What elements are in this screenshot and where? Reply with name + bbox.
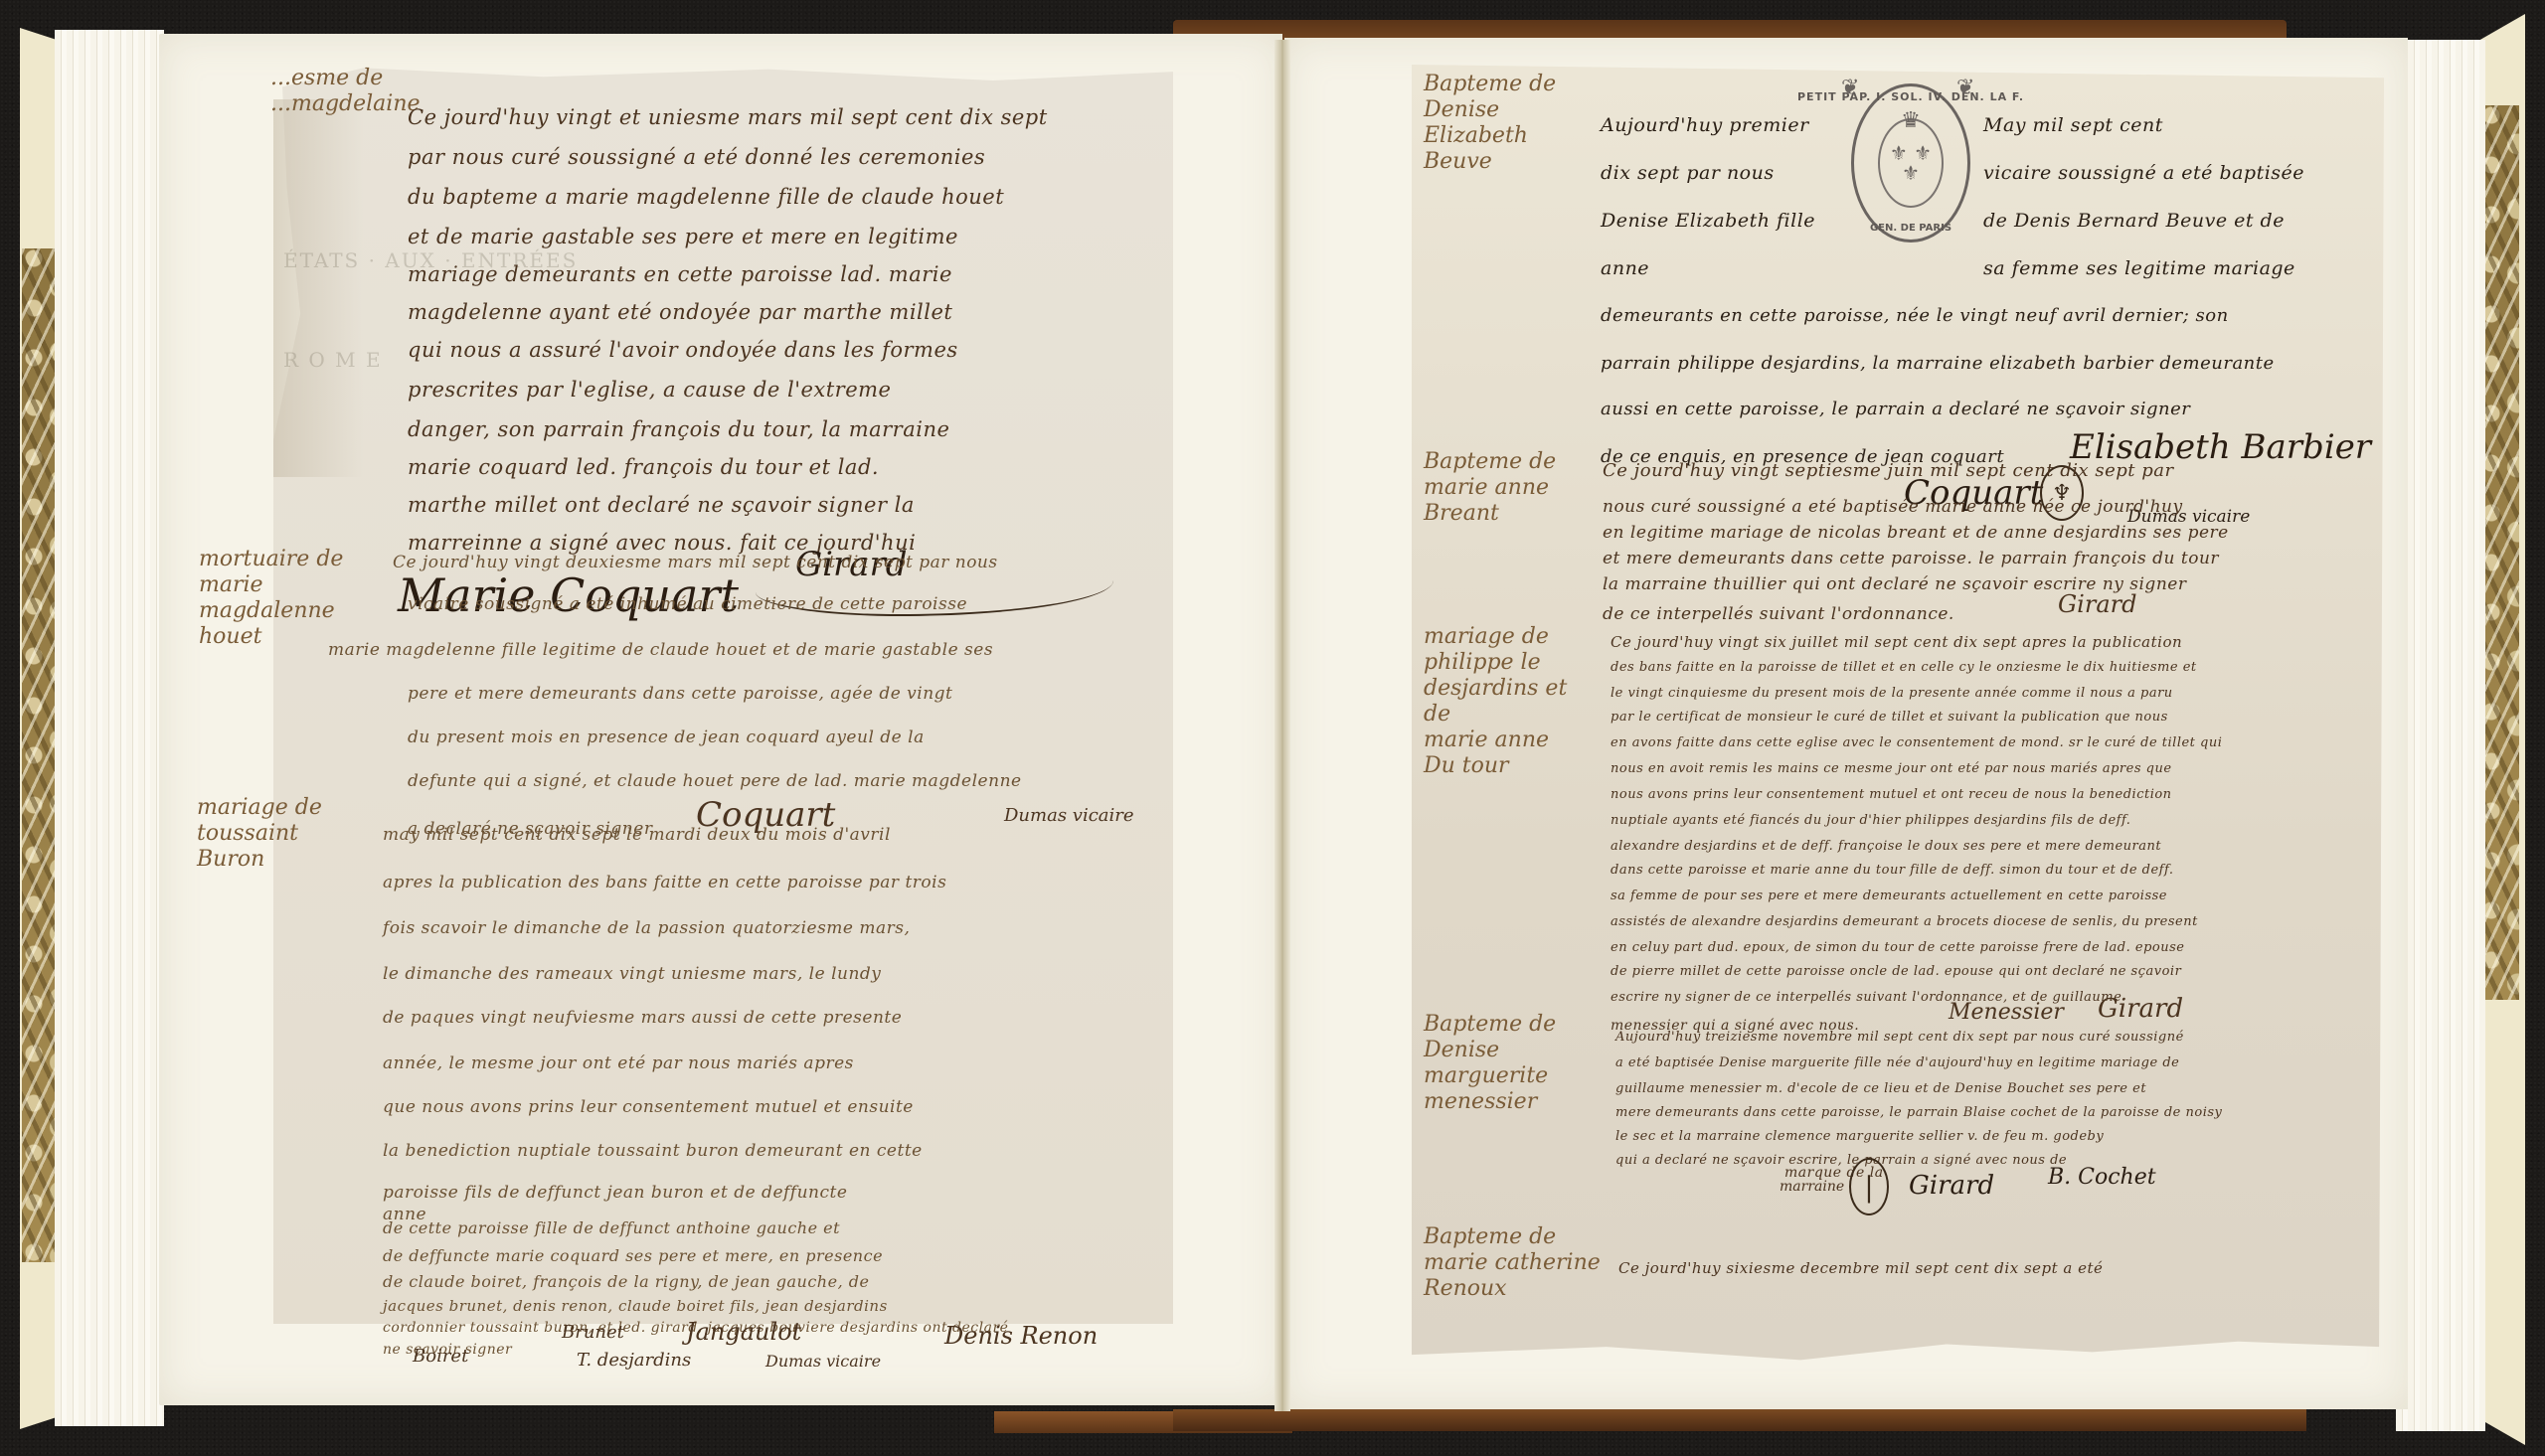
signature-menessier: Menessier [1949, 1000, 2064, 1025]
entry-r1-line: dix sept par nous [1601, 159, 1775, 187]
entry-r3-line: par le certificat de monsieur le curé de… [1611, 704, 2168, 731]
signature-boiret: Boiret [413, 1346, 468, 1367]
ornament-icon: ❦ [1956, 76, 1974, 100]
entry-r4-line: Aujourd'huy treiziesme novembre mil sept… [1615, 1024, 2184, 1052]
signature-b-cochet: B. Cochet [2048, 1165, 2156, 1190]
page-edges-right [2396, 40, 2485, 1431]
marraine-mark-icon: | [1849, 1158, 1889, 1215]
entry-r2-line: en legitime mariage de nicolas breant et… [1603, 519, 2229, 547]
signature-girard: Girard [2058, 590, 2136, 618]
signature-dumas-vicaire: Dumas vicaire [1004, 805, 1134, 826]
entry-3-line: de cette paroisse fille de deffunct anth… [383, 1214, 840, 1242]
margin-note-entry-r2: Bapteme de marie anne Breant [1424, 449, 1573, 527]
entry-1-line: danger, son parrain françois du tour, la… [408, 415, 949, 443]
entry-1-line: du bapteme a marie magdelenne fille de c… [408, 183, 1004, 211]
open-register-book: ÉTATS · AUX · ENTRÉES R O M E ...esme de… [0, 0, 2545, 1456]
entry-3-line: fois scavoir le dimanche de la passion q… [383, 914, 910, 942]
entry-2-line: du present mois en presence de jean coqu… [408, 724, 925, 751]
entry-r2-line: Ce jourd'huy vingt septiesme juin mil se… [1603, 457, 2174, 485]
margin-note-entry-r3: mariage de philippe le desjardins et de … [1424, 624, 1573, 779]
signature-t-desjardins: T. desjardins [577, 1350, 691, 1371]
entry-r1-line: sa femme ses legitime mariage [1983, 254, 2295, 282]
entry-r1-line: de Denis Bernard Beuve et de [1983, 207, 2285, 235]
entry-2-line: marie magdelenne fille legitime de claud… [328, 636, 993, 664]
entry-3-line: may mil sept cent dix sept le mardi deux… [383, 821, 891, 849]
entry-2-line: Ce jourd'huy vingt deuxiesme mars mil se… [393, 549, 998, 576]
entry-1-line: qui nous a assuré l'avoir ondoyée dans l… [408, 336, 958, 364]
margin-note-entry-3: mariage de toussaint Buron [197, 795, 396, 873]
signature-brunet: Brunet [562, 1322, 624, 1343]
entry-r3-line: Ce jourd'huy vingt six juillet mil sept … [1611, 628, 2182, 656]
entry-3-line: de paques vingt neufviesme mars aussi de… [383, 1004, 902, 1032]
entry-r2-line: de ce interpellés suivant l'ordonnance. [1603, 600, 1954, 628]
marbled-endpaper-right [2479, 105, 2519, 1000]
manuscript-worn-edge [273, 99, 363, 477]
entry-r1-line: vicaire soussigné a eté baptisée [1983, 159, 2304, 187]
ornament-icon: ❦ [1841, 76, 1859, 100]
margin-note-entry-2: mortuaire de marie magdalenne houet [199, 547, 378, 650]
entry-r3-line: nuptiale ayants eté fiancés du jour d'hi… [1611, 807, 2130, 835]
entry-r1-line: aussi en cette paroisse, le parrain a de… [1601, 396, 2190, 423]
entry-r1-line: Denise Elizabeth fille [1601, 207, 1815, 235]
entry-1-line: prescrites par l'eglise, a cause de l'ex… [408, 376, 891, 404]
signature-jangaulot: Jangaulot [686, 1318, 801, 1346]
signature-girard: Girard [1909, 1171, 1994, 1201]
entry-3-line: apres la publication des bans faitte en … [383, 869, 946, 896]
entry-r3-line: nous en avoit remis les mains ce mesme j… [1611, 755, 2172, 783]
entry-2-line: defunte qui a signé, et claude houet per… [408, 767, 1022, 795]
entry-3-line: de deffuncte marie coquard ses pere et m… [383, 1242, 883, 1270]
tax-stamp-seal: PETIT PAP. I. SOL. IV. DEN. LA F. ♛ ⚜ ⚜ … [1851, 83, 1970, 243]
seal-inscription-bottom: GEN. DE PARIS [1870, 223, 1951, 234]
margin-note-entry-1: ...esme de ...magdelaine [270, 66, 420, 117]
entry-1-line: mariage demeurants en cette paroisse lad… [408, 260, 952, 288]
entry-r5-line: Ce jourd'huy sixiesme decembre mil sept … [1618, 1254, 2103, 1282]
entry-3-line: année, le mesme jour ont eté par nous ma… [383, 1050, 854, 1077]
entry-3-line: le dimanche des rameaux vingt uniesme ma… [383, 960, 881, 988]
entry-1-line: magdelenne ayant eté ondoyée par marthe … [408, 298, 952, 326]
entry-r3-line: dans cette paroisse et marie anne du tou… [1611, 857, 2173, 885]
entry-1-line: marthe millet ont declaré ne sçavoir sig… [408, 491, 915, 519]
entry-1-line: Ce jourd'huy vingt et uniesme mars mil s… [408, 103, 1048, 131]
entry-r3-line: nous avons prins leur consentement mutue… [1611, 781, 2172, 809]
show-through-text: R O M E [283, 348, 383, 372]
entry-r1-line: Aujourd'huy premier [1601, 111, 1809, 139]
book-gutter [1274, 40, 1290, 1411]
signature-dumas-vicaire: Dumas vicaire [765, 1352, 881, 1371]
entry-r1-line: anne [1601, 254, 1649, 282]
entry-1-line: marie coquard led. françois du tour et l… [408, 453, 879, 481]
entry-r1-line: May mil sept cent [1983, 111, 2163, 139]
entry-r2-line: et mere demeurants dans cette paroisse. … [1603, 545, 2219, 572]
entry-3-line: paroisse fils de deffunct jean buron et … [383, 1179, 847, 1207]
entry-3-line: que nous avons prins leur consentement m… [383, 1093, 914, 1121]
margin-note-entry-r4: Bapteme de Denise marguerite menessier [1424, 1012, 1612, 1115]
entry-r4-line: a eté baptisée Denise marguerite fille n… [1615, 1050, 2179, 1077]
entry-r2-line: nous curé soussigné a eté baptisée marie… [1603, 493, 2183, 521]
entry-1-line: par nous curé soussigné a eté donné les … [408, 143, 985, 171]
entry-r1-line: parrain philippe desjardins, la marraine… [1601, 350, 2275, 378]
entry-2-line: pere et mere demeurants dans cette paroi… [408, 680, 952, 708]
entry-r1-line: demeurants en cette paroisse, née le vin… [1601, 302, 2229, 330]
entry-r3-line: sa femme de pour ses pere et mere demeur… [1611, 883, 2167, 910]
entry-r3-line: en avons faitte dans cette eglise avec l… [1611, 729, 2222, 757]
signature-girard: Girard [2098, 994, 2183, 1024]
entry-r3-line: assistés de alexandre desjardins demeura… [1611, 908, 2198, 936]
margin-note-entry-r5: Bapteme de marie catherine Renoux [1424, 1224, 1612, 1302]
signature-denis-renon: Denis Renon [944, 1322, 1098, 1350]
entry-r3-line: des bans faitte en la paroisse de tillet… [1611, 654, 2197, 682]
crown-icon: ♛ [1901, 108, 1921, 133]
entry-1-line: et de marie gastable ses pere et mere en… [408, 223, 958, 250]
seal-inscription-top: PETIT PAP. I. SOL. IV. DEN. LA F. [1797, 90, 2024, 103]
entry-3-line: la benediction nuptiale toussaint buron … [383, 1137, 923, 1165]
marraine-label: marraine [1780, 1179, 1844, 1195]
margin-note-entry-r1: Bapteme de Denise Elizabeth Beuve [1424, 72, 1573, 175]
leather-binding-bottom [1173, 1409, 2306, 1431]
page-edges-left [55, 30, 164, 1426]
entry-2-line: vicaire soussigné a eté inhumé au cimeti… [408, 590, 967, 618]
entry-r3-line: de pierre millet de cette paroisse oncle… [1611, 958, 2181, 986]
